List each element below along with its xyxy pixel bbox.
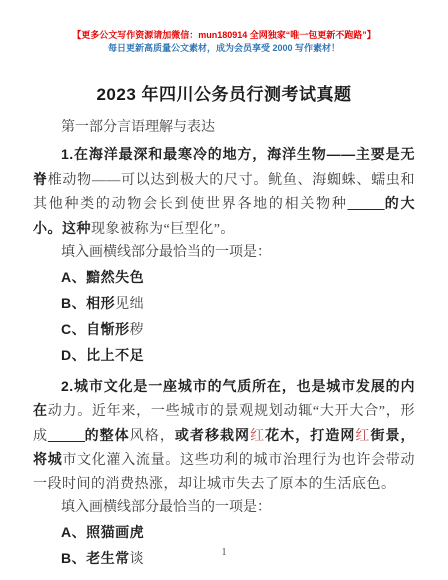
text-segment: B、相形 bbox=[61, 295, 115, 311]
section-heading: 第一部分言语理解与表达 bbox=[33, 118, 415, 137]
text-segment: 的整体 bbox=[84, 427, 130, 443]
text-segment: 或者移栽网 bbox=[175, 427, 250, 443]
question-2-stem: 2.城市文化是一座城市的气质所在，也是城市发展的内在动力。近年来，一些城市的景观… bbox=[33, 375, 415, 497]
question-1-stem: 1.在海洋最深和最寒冷的地方，海洋生物——主要是无脊椎动物——可以达到极大的尺寸… bbox=[33, 143, 415, 241]
question-1-prompt: 填入画横线部分最恰当的一项是： bbox=[33, 241, 415, 265]
page-number: 1 bbox=[0, 547, 448, 558]
promo-line-blue: 每日更新高质量公文素材，成为会员享受 2000 写作素材！ bbox=[33, 42, 415, 55]
text-segment: 红 bbox=[250, 429, 265, 444]
question-2-prompt: 填入画横线部分最恰当的一项是： bbox=[33, 496, 415, 520]
promo-notice: 【更多公文写作资源请加微信：mun180914 全网独家“唯一包更新不跑路”】 … bbox=[33, 29, 415, 55]
text-segment: 花木，打造网 bbox=[265, 427, 355, 443]
text-segment: A、照猫画虎 bbox=[61, 524, 144, 540]
text-segment: 见绌 bbox=[115, 297, 144, 312]
text-segment: D、比上不足 bbox=[61, 347, 144, 363]
document-page: 【更多公文写作资源请加微信：mun180914 全网独家“唯一包更新不跑路”】 … bbox=[0, 0, 448, 580]
page-title: 2023 年四川公务员行测考试真题 bbox=[33, 84, 415, 105]
question-1-option-a: A、黯然失色 bbox=[33, 265, 415, 291]
promo-line-red: 【更多公文写作资源请加微信：mun180914 全网独家“唯一包更新不跑路”】 bbox=[33, 29, 415, 42]
text-segment: 风格， bbox=[130, 429, 175, 444]
text-segment: C、自惭形 bbox=[61, 321, 130, 337]
blank-underline: ______ bbox=[348, 197, 384, 212]
question-2-option-a: A、照猫画虎 bbox=[33, 520, 415, 546]
question-1-option-c: C、自惭形秽 bbox=[33, 317, 415, 343]
blank-underline: ______ bbox=[48, 429, 84, 444]
question-1-option-d: D、比上不足 bbox=[33, 343, 415, 369]
text-segment: 现象被称为“巨型化”。 bbox=[91, 222, 235, 237]
text-segment: 秽 bbox=[130, 323, 145, 338]
question-1-option-b: B、相形见绌 bbox=[33, 291, 415, 317]
text-segment: 市文化灌入流量。这些功利的城市治理行为也许会带动一段时间的消费热涨，却让城市失去… bbox=[33, 453, 415, 492]
text-segment: A、黯然失色 bbox=[61, 269, 144, 285]
text-segment: 红 bbox=[355, 429, 370, 444]
